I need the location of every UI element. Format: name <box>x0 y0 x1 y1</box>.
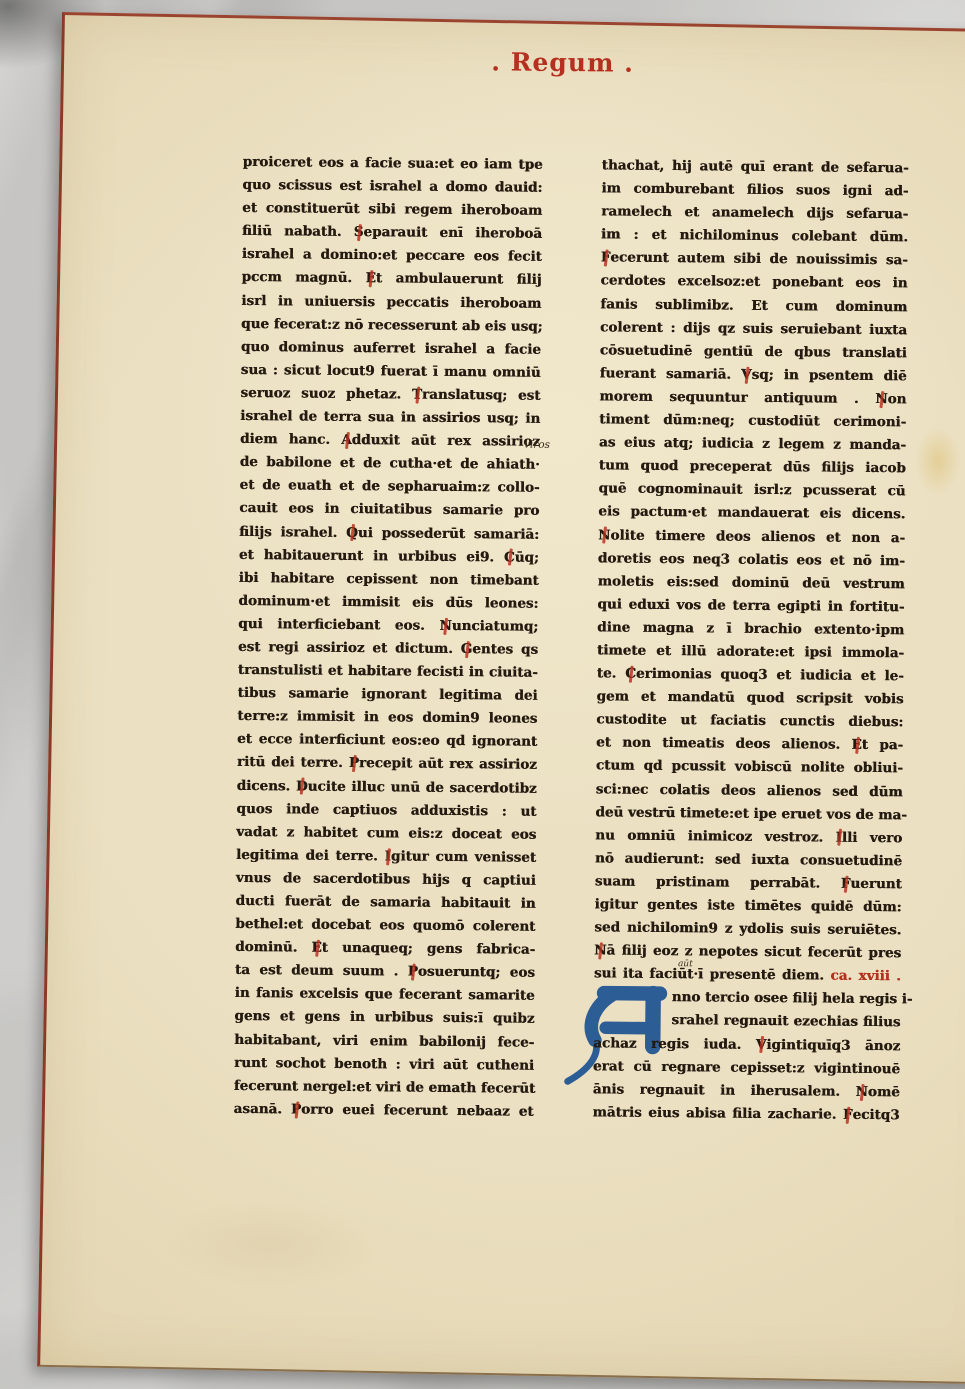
text-segment: igintiquīq3 ānoz <box>766 1037 900 1054</box>
text-segment: ā filij eoz z nepotes sicut fecerūt pres <box>606 943 901 962</box>
text-segment: dine magna z ī brachio extento·ipm <box>597 619 904 638</box>
rubricated-capital: E <box>365 268 376 291</box>
text-segment: ui possederūt samariā: <box>358 525 539 543</box>
text-line: runt sochot benoth : viri aūt cutheni <box>234 1052 534 1078</box>
text-segment: nō audierunt: sed iuxta consuetudinē <box>595 850 902 869</box>
text-line: ritū dei terre. Precepit aūt rex assirio… <box>237 751 537 777</box>
text-line: cōsuetudinē gentiū de qbus translati <box>600 339 907 365</box>
text-line: erat cū regnare cepisset:z vigintinouē <box>593 1055 900 1081</box>
text-line: ibi habitare cepissent non timebant <box>239 567 539 593</box>
text-segment: im comburebant filios suos igni ad- <box>601 180 908 199</box>
text-segment: et constituerūt sibi regem iheroboam <box>242 200 542 219</box>
text-line: vnus de sacerdotibus hijs q captiui <box>236 867 536 893</box>
text-segment: dduxit aūt rex assirioz <box>352 432 540 450</box>
text-line: ramelech et anamelech dijs sefarua- <box>601 201 908 227</box>
text-line: sui ita faciūt·ī presentē diem. ca. xvii… <box>594 963 901 989</box>
text-segment: quo dominus auferret israhel a facie <box>241 339 541 358</box>
text-segment: legitima dei terre. <box>236 847 385 864</box>
text-segment: srahel regnauit ezechias filius <box>671 1013 900 1031</box>
text-segment: ibi habitare cepissent non timebant <box>239 570 539 589</box>
rubricated-capital: N <box>855 1081 868 1104</box>
text-line: dicens. Ducite illuc unū de sacerdotibz <box>237 774 537 800</box>
text-line: quē cognominauit isrl:z pcusserat cū <box>598 478 905 504</box>
text-line: as eius atq; iudicia z legem z manda- <box>599 431 906 457</box>
rubricated-capital: I <box>384 845 391 868</box>
text-segment: dominū. <box>235 939 311 956</box>
text-line: de babilone et de cutha·et de ahiath· <box>240 451 540 477</box>
text-segment: gem et mandatū quod scripsit vobis <box>596 689 903 708</box>
text-line: transtulisti et habitare fecisti in ciui… <box>238 659 538 685</box>
text-line: tibus samarie ignorant legitima dei <box>237 682 537 708</box>
rubricated-capital: E <box>311 937 322 960</box>
rubricated-capital: T <box>412 384 422 407</box>
text-segment: proiceret eos a facie sua:et eo iam tpe <box>243 154 543 173</box>
text-line: te. Cerimonias quoq3 et iudicia et le- <box>597 662 904 688</box>
text-line: fecerunt nergel:et viri de emath fecerūt <box>234 1075 534 1101</box>
text-segment: nu omniū inimicoz vestroz. <box>595 827 835 845</box>
text-line: custodite ut faciatis cunctis diebus: <box>596 709 903 735</box>
rubricated-capital: P <box>408 961 418 984</box>
text-segment: lli vero <box>842 829 902 846</box>
text-block: . Regum . proiceret eos a facie sua:et e… <box>47 19 965 1378</box>
text-line: nu omniū inimicoz vestroz. Illi vero <box>595 824 902 850</box>
rubricated-capital: S <box>354 221 364 244</box>
text-segment: t unaqueq; gens fabrica- <box>322 940 536 958</box>
text-column-left: proiceret eos a facie sua:et eo iam tpeq… <box>233 151 542 1124</box>
text-line: seruoz suoz phetaz. Translatusq; est <box>240 382 540 408</box>
text-segment: seruoz suoz phetaz. <box>240 385 412 403</box>
rubricated-capital: I <box>835 826 842 849</box>
text-segment: fuerant samariā. <box>600 365 742 382</box>
rubricated-capital: E <box>851 734 862 757</box>
text-segment: deū vestrū timete:et ipe eruet vos de ma… <box>595 804 907 823</box>
rubricated-capital: C <box>625 663 636 686</box>
text-segment: filijs israhel. <box>239 523 346 540</box>
text-line: eis pactum·et mandauerat eis dicens. <box>598 501 905 527</box>
text-segment: suam pristinam perrabāt. <box>595 873 841 891</box>
text-segment: fanis sublimibz. Et cum dominum <box>600 296 907 315</box>
text-segment: et non timeatis deos alienos. <box>596 735 851 753</box>
text-segment: as eius atq; iudicia z legem z manda- <box>599 434 906 453</box>
rubricated-capital: N <box>875 388 888 411</box>
rubricated-capital: P <box>291 1098 301 1121</box>
text-segment: ta est deum suum . <box>235 962 408 980</box>
text-line: qui interficiebant eos. Nunciatumq; <box>238 613 538 639</box>
text-line: filiū nabath. Separauit enī iheroboā <box>242 220 542 246</box>
text-segment: asanā. <box>233 1101 291 1118</box>
text-segment: quo scissus est israhel a domo dauid: <box>242 177 542 196</box>
text-line: quo scissus est israhel a domo dauid: <box>242 174 542 200</box>
text-line: mātris eius abisa filia zacharie. Fecitq… <box>592 1101 899 1127</box>
text-segment: ucite illuc unū de sacerdotibz <box>308 778 537 796</box>
text-line: terre:z immisit in eos domin9 leones <box>237 705 537 731</box>
text-segment: qui interficiebant eos. <box>238 616 439 634</box>
text-segment: sci:nec colatis deos alienos sed dūm <box>596 781 903 800</box>
text-segment: eparauit enī iheroboā <box>363 224 542 242</box>
text-line: sed nichilomin9 z ydolis suis seruiētes. <box>594 916 901 942</box>
text-segment: sua : sicut locut9 fuerat ī manu omniū <box>241 362 541 381</box>
text-line: Nolite timere deos alienos et non a- <box>598 524 905 550</box>
text-line: timent dūm:neq; custodiūt cerimoni- <box>599 408 906 434</box>
text-segment: colerent : dijs qz suis seruiebant iuxta <box>600 319 907 338</box>
text-line: ducti fuerāt de samaria habitauit in <box>235 890 535 916</box>
text-line: israhel de terra sua in assirios usq; in <box>240 405 540 431</box>
text-segment: cerdotes excelsoz:et ponebant eos in <box>600 273 907 292</box>
text-line: im : et nichilominus colebant dūm. <box>601 224 908 250</box>
text-segment: et habitauerunt in urbibus ei9. <box>239 547 504 566</box>
text-column-right: thachat, hij autē quī erant de sefarua-i… <box>592 154 908 1127</box>
interlinear-gloss: aūt <box>678 953 693 976</box>
text-segment: thachat, hij autē quī erant de sefarua- <box>602 157 909 176</box>
text-segment: nno tercio osee filij hela regis i- <box>672 989 913 1007</box>
text-segment: dominum·et immisit eis dūs leones: <box>238 593 538 612</box>
text-line: srahel regnauit ezechias filius <box>671 1010 900 1035</box>
text-segment: morem sequuntur antiquum . <box>599 388 875 407</box>
text-line: sci:nec colatis deos alienos sed dūm <box>596 778 903 804</box>
text-line: im comburebant filios suos igni ad- <box>601 177 908 203</box>
text-segment: tibus samarie ignorant legitima dei <box>237 685 537 704</box>
text-segment: dicens. <box>237 777 296 794</box>
text-segment: pccm magnū. <box>241 269 365 286</box>
rubricated-capital: Q <box>346 521 358 544</box>
text-line: morem sequuntur antiquum . Non <box>599 385 906 411</box>
text-line: timete et illū adorate:et ipsi immola- <box>597 639 904 665</box>
text-segment: runt sochot benoth : viri aūt cutheni <box>234 1055 534 1074</box>
text-segment: ranslatusq; est <box>422 387 541 404</box>
rubricated-capital: V <box>741 364 752 387</box>
text-segment: osueruntq; eos <box>418 964 535 981</box>
text-segment: mātris eius abisa filia zacharie. <box>592 1104 843 1122</box>
text-line: et de euath et de sepharuaim:z collo- <box>239 474 539 500</box>
text-segment: terre:z immisit in eos domin9 leones <box>237 708 537 727</box>
text-segment: bethel:et docebat eos quomō colerent <box>235 916 535 935</box>
text-segment: orro euei fecerunt nebaaz et <box>301 1101 534 1119</box>
text-segment: cōsuetudinē gentiū de qbus translati <box>600 342 907 361</box>
text-segment: achaz regis iuda. <box>593 1035 756 1053</box>
text-segment: filiū nabath. <box>242 223 354 240</box>
rubricated-capital: P <box>349 752 359 775</box>
rubricated-capital: V <box>756 1033 767 1056</box>
text-line: sua : sicut locut9 fuerat ī manu omniū <box>241 359 541 385</box>
text-segment: israhel de terra sua in assirios usq; in <box>240 408 540 427</box>
text-segment: timent dūm:neq; custodiūt cerimoni- <box>599 411 906 430</box>
text-line: tum quod preceperat dūs filijs iacob <box>599 455 906 481</box>
text-line: thachat, hij autē quī erant de sefarua- <box>602 154 909 180</box>
text-line: dominū. Et unaqueq; gens fabrica- <box>235 936 535 962</box>
text-line: dominum·et immisit eis dūs leones: <box>238 590 538 616</box>
text-segment: recepit aūt rex assirioz <box>359 756 537 774</box>
text-line: achaz regis iuda. Vigintiquīq3 ānoz <box>593 1032 900 1058</box>
text-segment: timete et illū adorate:et ipsi immola- <box>597 642 904 661</box>
text-line: qui eduxi vos de terra egipti in fortitu… <box>597 593 904 619</box>
text-segment: on <box>887 391 906 407</box>
rubricated-capital: F <box>601 247 611 270</box>
rubricated-capital: D <box>296 775 308 798</box>
text-segment: transtulisti et habitare fecisti in ciui… <box>238 662 538 681</box>
text-segment: vadat z habitet cum eis:z doceat eos <box>236 824 536 843</box>
text-segment: que fecerat:z nō recesserunt ab eis usq; <box>241 316 543 335</box>
text-line: Fecerunt autem sibi de nouissimis sa- <box>601 247 908 273</box>
text-segment: im : et nichilominus colebant dūm. <box>601 227 908 246</box>
text-segment: doretis eos neq3 colatis eos et nō im- <box>598 550 905 569</box>
text-line: dine magna z ī brachio extento·ipm <box>597 616 904 642</box>
text-line: proiceret eos a facie sua:et eo iam tpe <box>243 151 543 177</box>
chapter-rubric: ca. xviii . <box>830 968 901 985</box>
text-line: ānis regnauit in iherusalem. Nomē <box>593 1078 900 1104</box>
text-segment: t ambulauerunt filij <box>376 271 542 289</box>
text-line: ctum qd pcussit vobiscū nolite obliui- <box>596 755 903 781</box>
text-segment: olite timere deos alienos et non a- <box>610 527 905 546</box>
rubricated-capital: N <box>594 940 607 963</box>
text-segment: fecerunt nergel:et viri de emath fecerūt <box>234 1078 536 1097</box>
text-line: igitur gentes iste timētes quidē dūm: <box>594 893 901 919</box>
text-line: suam pristinam perrabāt. Fuerunt <box>595 870 902 896</box>
text-segment: in fanis excelsis que fecerant samarite <box>235 985 535 1004</box>
text-segment: quē cognominauit isrl:z pcusserat cū <box>598 481 905 500</box>
text-segment: ramelech et anamelech dijs sefarua- <box>601 204 908 223</box>
text-segment: gens et gens in urbibus suis:ī quibz <box>234 1008 534 1027</box>
text-line: gem et mandatū quod scripsit vobis <box>596 686 903 712</box>
rubricated-capital: G <box>461 638 473 661</box>
text-segment: erat cū regnare cepisset:z vigintinouē <box>593 1058 900 1077</box>
text-segment: moletis eis:sed dominū deū vestrum <box>598 573 905 592</box>
text-segment: omē <box>868 1084 900 1100</box>
text-line: et ecce interficiunt eos:eo qd ignorant <box>237 728 537 754</box>
text-line: asanā. Porro euei fecerunt nebaaz et <box>233 1098 533 1124</box>
text-segment: igitur gentes iste timētes quidē dūm: <box>594 896 901 915</box>
text-line: cerdotes excelsoz:et ponebant eos in <box>600 270 907 296</box>
text-segment: gitur cum venisset <box>391 848 536 865</box>
text-segment: habitabant, viri enim babilonij fece- <box>234 1031 534 1050</box>
text-line: nno tercio osee filij hela regis i- <box>672 986 901 1011</box>
text-segment: eis pactum·et mandauerat eis dicens. <box>598 504 905 523</box>
text-segment: erimonias quoq3 et iudicia et le- <box>636 666 904 685</box>
text-segment: tum quod preceperat dūs filijs iacob <box>599 458 906 477</box>
text-line: et non timeatis deos alienos. Et pa- <box>596 732 903 758</box>
text-segment: sed nichilomin9 z ydolis suis seruiētes. <box>594 919 901 938</box>
text-segment: qui eduxi vos de terra egipti in fortitu… <box>597 596 904 615</box>
text-line: pccm magnū. Et ambulauerunt filij <box>241 266 541 292</box>
text-line: est regi assirioz et dictum. Gentes qs <box>238 636 538 662</box>
text-line: isrl in uniuersis peccatis iheroboam <box>241 289 541 315</box>
text-line: que fecerat:z nō recesserunt ab eis usq; <box>241 313 541 339</box>
text-segment: ecitq3 <box>852 1107 899 1123</box>
text-segment: ūq; <box>515 549 539 565</box>
text-line: cauit eos in ciuitatibus samarie pro <box>239 497 539 523</box>
text-line: nō audierunt: sed iuxta consuetudinē <box>595 847 902 873</box>
text-segment: ritū dei terre. <box>237 754 349 771</box>
text-segment: sui ita faciūt·ī presentē diem. <box>594 966 831 984</box>
text-line: quos inde captiuos adduxistis : ut <box>236 798 536 824</box>
text-line: et habitauerunt in urbibus ei9. Cūq; <box>239 544 539 570</box>
text-line: israhel a domino:et peccare eos fecit <box>242 243 542 269</box>
text-segment: et de euath et de sepharuaim:z collo- <box>239 477 539 496</box>
text-segment: ecerunt autem sibi de nouissimis sa- <box>610 250 908 269</box>
rubricated-capital: N <box>598 524 611 547</box>
text-line: vadat z habitet cum eis:z doceat eos <box>236 821 536 847</box>
text-line: quo dominus auferret israhel a facie <box>241 336 541 362</box>
text-segment: ānis regnauit in iherusalem. <box>593 1081 856 1100</box>
text-segment: isrl in uniuersis peccatis iheroboam <box>241 292 541 311</box>
manuscript-leaf: . Regum . proiceret eos a facie sua:et e… <box>37 12 965 1385</box>
rubricated-capital: F <box>843 1104 853 1127</box>
text-segment: quos inde captiuos adduxistis : ut <box>236 801 536 820</box>
text-segment: de babilone et de cutha·et de ahiath· <box>240 454 540 473</box>
text-line: filijs israhel. Qui possederūt samariā: <box>239 520 539 546</box>
text-line: colerent : dijs qz suis seruiebant iuxta <box>600 316 907 342</box>
text-line: gens et gens in urbibus suis:ī quibz <box>234 1005 534 1031</box>
text-line: ta est deum suum . Posueruntq; eos <box>235 959 535 985</box>
text-segment: et ecce interficiunt eos:eo qd ignorant <box>237 731 537 750</box>
text-segment: cauit eos in ciuitatibus samarie pro <box>239 500 539 519</box>
rubricated-capital: F <box>841 873 851 896</box>
text-segment: entes qs <box>472 641 538 658</box>
text-segment: vnus de sacerdotibus hijs q captiui <box>236 870 536 889</box>
text-line: legitima dei terre. Igitur cum venisset <box>236 844 536 870</box>
text-segment: te. <box>597 665 626 681</box>
rubricated-capital: C <box>504 546 515 569</box>
text-line: fanis sublimibz. Et cum dominum <box>600 293 907 319</box>
text-line: et constituerūt sibi regem iheroboam <box>242 197 542 223</box>
text-line: in fanis excelsis que fecerant samarite <box>235 982 535 1008</box>
rubricated-capital: A <box>341 429 352 452</box>
text-segment: ducti fuerāt de samaria habitauit in <box>235 893 535 912</box>
rubricated-capital: N <box>439 615 452 638</box>
text-segment: sq; in psentem diē <box>751 367 906 384</box>
text-segment: israhel a domino:et peccare eos fecit <box>242 246 542 265</box>
text-line: Nā filij eoz z nepotes sicut fecerūt pre… <box>594 940 901 966</box>
text-line: moletis eis:sed dominū deū vestrum <box>598 570 905 596</box>
text-segment: ctum qd pcussit vobiscū nolite obliui- <box>596 758 903 777</box>
text-line: habitabant, viri enim babilonij fece- <box>234 1028 534 1054</box>
text-line: deū vestrū timete:et ipe eruet vos de ma… <box>595 801 902 827</box>
text-segment: custodite ut faciatis cunctis diebus: <box>596 712 903 731</box>
text-segment: diem hanc. <box>240 431 341 448</box>
running-title: . Regum . <box>437 47 687 78</box>
text-line: diem hanc. Adduxit aūt rex assiriozviros <box>240 428 540 454</box>
text-segment: t pa- <box>862 737 903 753</box>
text-line: bethel:et docebat eos quomō colerent <box>235 913 535 939</box>
text-segment: uerunt <box>850 876 902 892</box>
text-line: doretis eos neq3 colatis eos et nō im- <box>598 547 905 573</box>
text-segment: unciatumq; <box>452 618 539 635</box>
text-line: fuerant samariā. Vsq; in psentem diē <box>600 362 907 388</box>
text-segment: est regi assirioz et dictum. <box>238 639 461 657</box>
